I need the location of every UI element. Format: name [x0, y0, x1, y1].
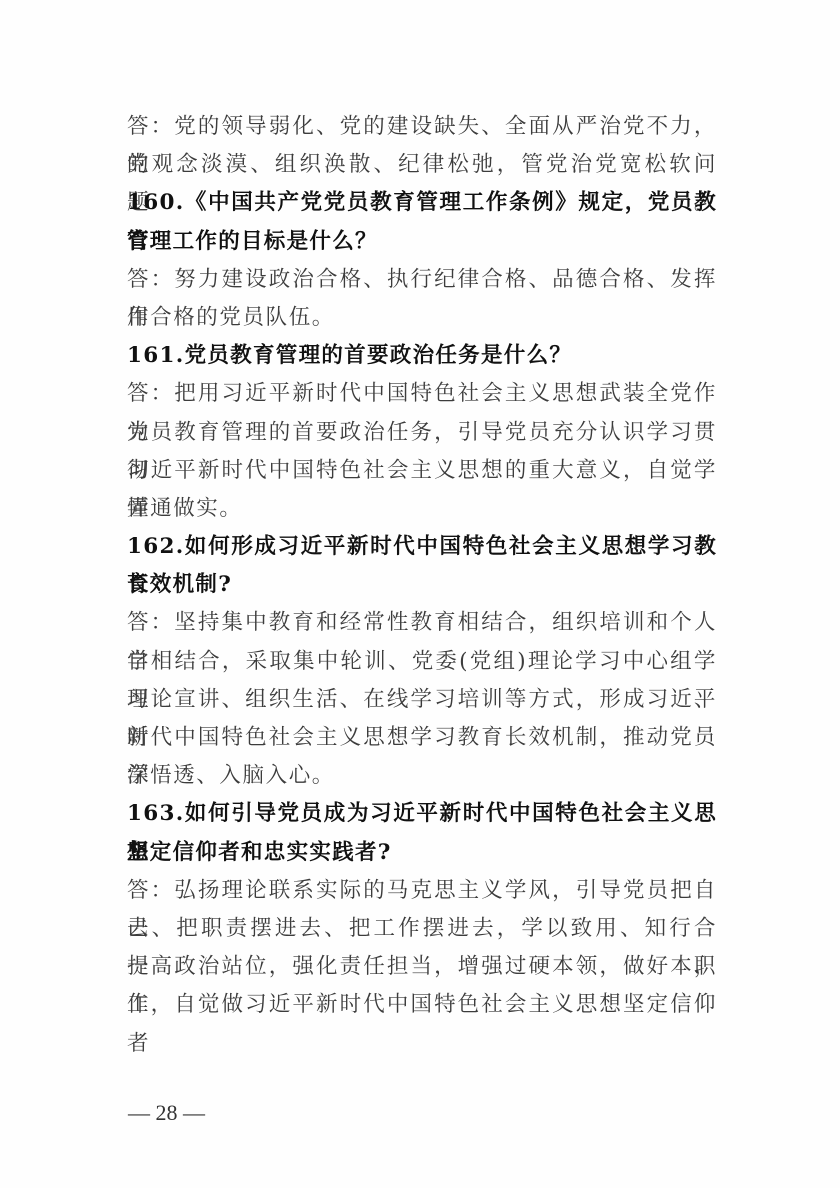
- answer-line: 答：坚持集中教育和经常性教育相结合，组织培训和个人自: [127, 604, 717, 642]
- question-heading-161: 161.党员教育管理的首要政治任务是什么？: [127, 337, 717, 375]
- answer-line: 弄通做实。: [127, 490, 717, 528]
- answer-line: 深悟透、入脑入心。: [127, 757, 717, 795]
- answer-line: 党员教育管理的首要政治任务，引导党员充分认识学习贯彻: [127, 414, 717, 452]
- answer-line: 答：努力建设政治合格、执行纪律合格、品德合格、发挥作: [127, 261, 717, 299]
- question-heading-162-cont: 长效机制?: [127, 566, 717, 604]
- question-heading-160-cont: 管理工作的目标是什么？: [127, 223, 717, 261]
- question-heading-163-cont: 坚定信仰者和忠实实践者?: [127, 834, 717, 872]
- answer-line: 答：党的领导弱化、党的建设缺失、全面从严治党不力，党: [127, 108, 717, 146]
- answer-line: 提高政治站位，强化责任担当，增强过硬本领，做好本职工: [127, 948, 717, 986]
- answer-line: 学相结合，采取集中轮训、党委(党组)理论学习中心组学习、: [127, 643, 717, 681]
- page-number: — 28 —: [128, 1100, 205, 1126]
- question-heading-162: 162.如何形成习近平新时代中国特色社会主义思想学习教育: [127, 528, 717, 566]
- answer-line: 的观念淡漠、组织涣散、纪律松弛，管党治党宽松软问题。: [127, 146, 717, 184]
- answer-line: 用合格的党员队伍。: [127, 299, 717, 337]
- answer-line: 答：把用习近平新时代中国特色社会主义思想武装全党作为: [127, 375, 717, 413]
- question-heading-163: 163.如何引导党员成为习近平新时代中国特色社会主义思想: [127, 795, 717, 833]
- answer-line: 习近平新时代中国特色社会主义思想的重大意义，自觉学懂: [127, 452, 717, 490]
- answer-line: 理论宣讲、组织生活、在线学习培训等方式，形成习近平新: [127, 681, 717, 719]
- page-body: 答：党的领导弱化、党的建设缺失、全面从严治党不力，党 的观念淡漠、组织涣散、纪律…: [127, 108, 717, 1025]
- answer-line: 答：弘扬理论联系实际的马克思主义学风，引导党员把自己: [127, 872, 717, 910]
- question-heading-160: 160.《中国共产党党员教育管理工作条例》规定，党员教育: [127, 184, 717, 222]
- answer-line: 去、把职责摆进去、把工作摆进去，学以致用、知行合一，: [127, 910, 717, 948]
- answer-line: 作，自觉做习近平新时代中国特色社会主义思想坚定信仰者: [127, 986, 717, 1024]
- document-page: 答：党的领导弱化、党的建设缺失、全面从严治党不力，党 的观念淡漠、组织涣散、纪律…: [0, 0, 840, 1188]
- answer-line: 时代中国特色社会主义思想学习教育长效机制，推动党员学: [127, 719, 717, 757]
